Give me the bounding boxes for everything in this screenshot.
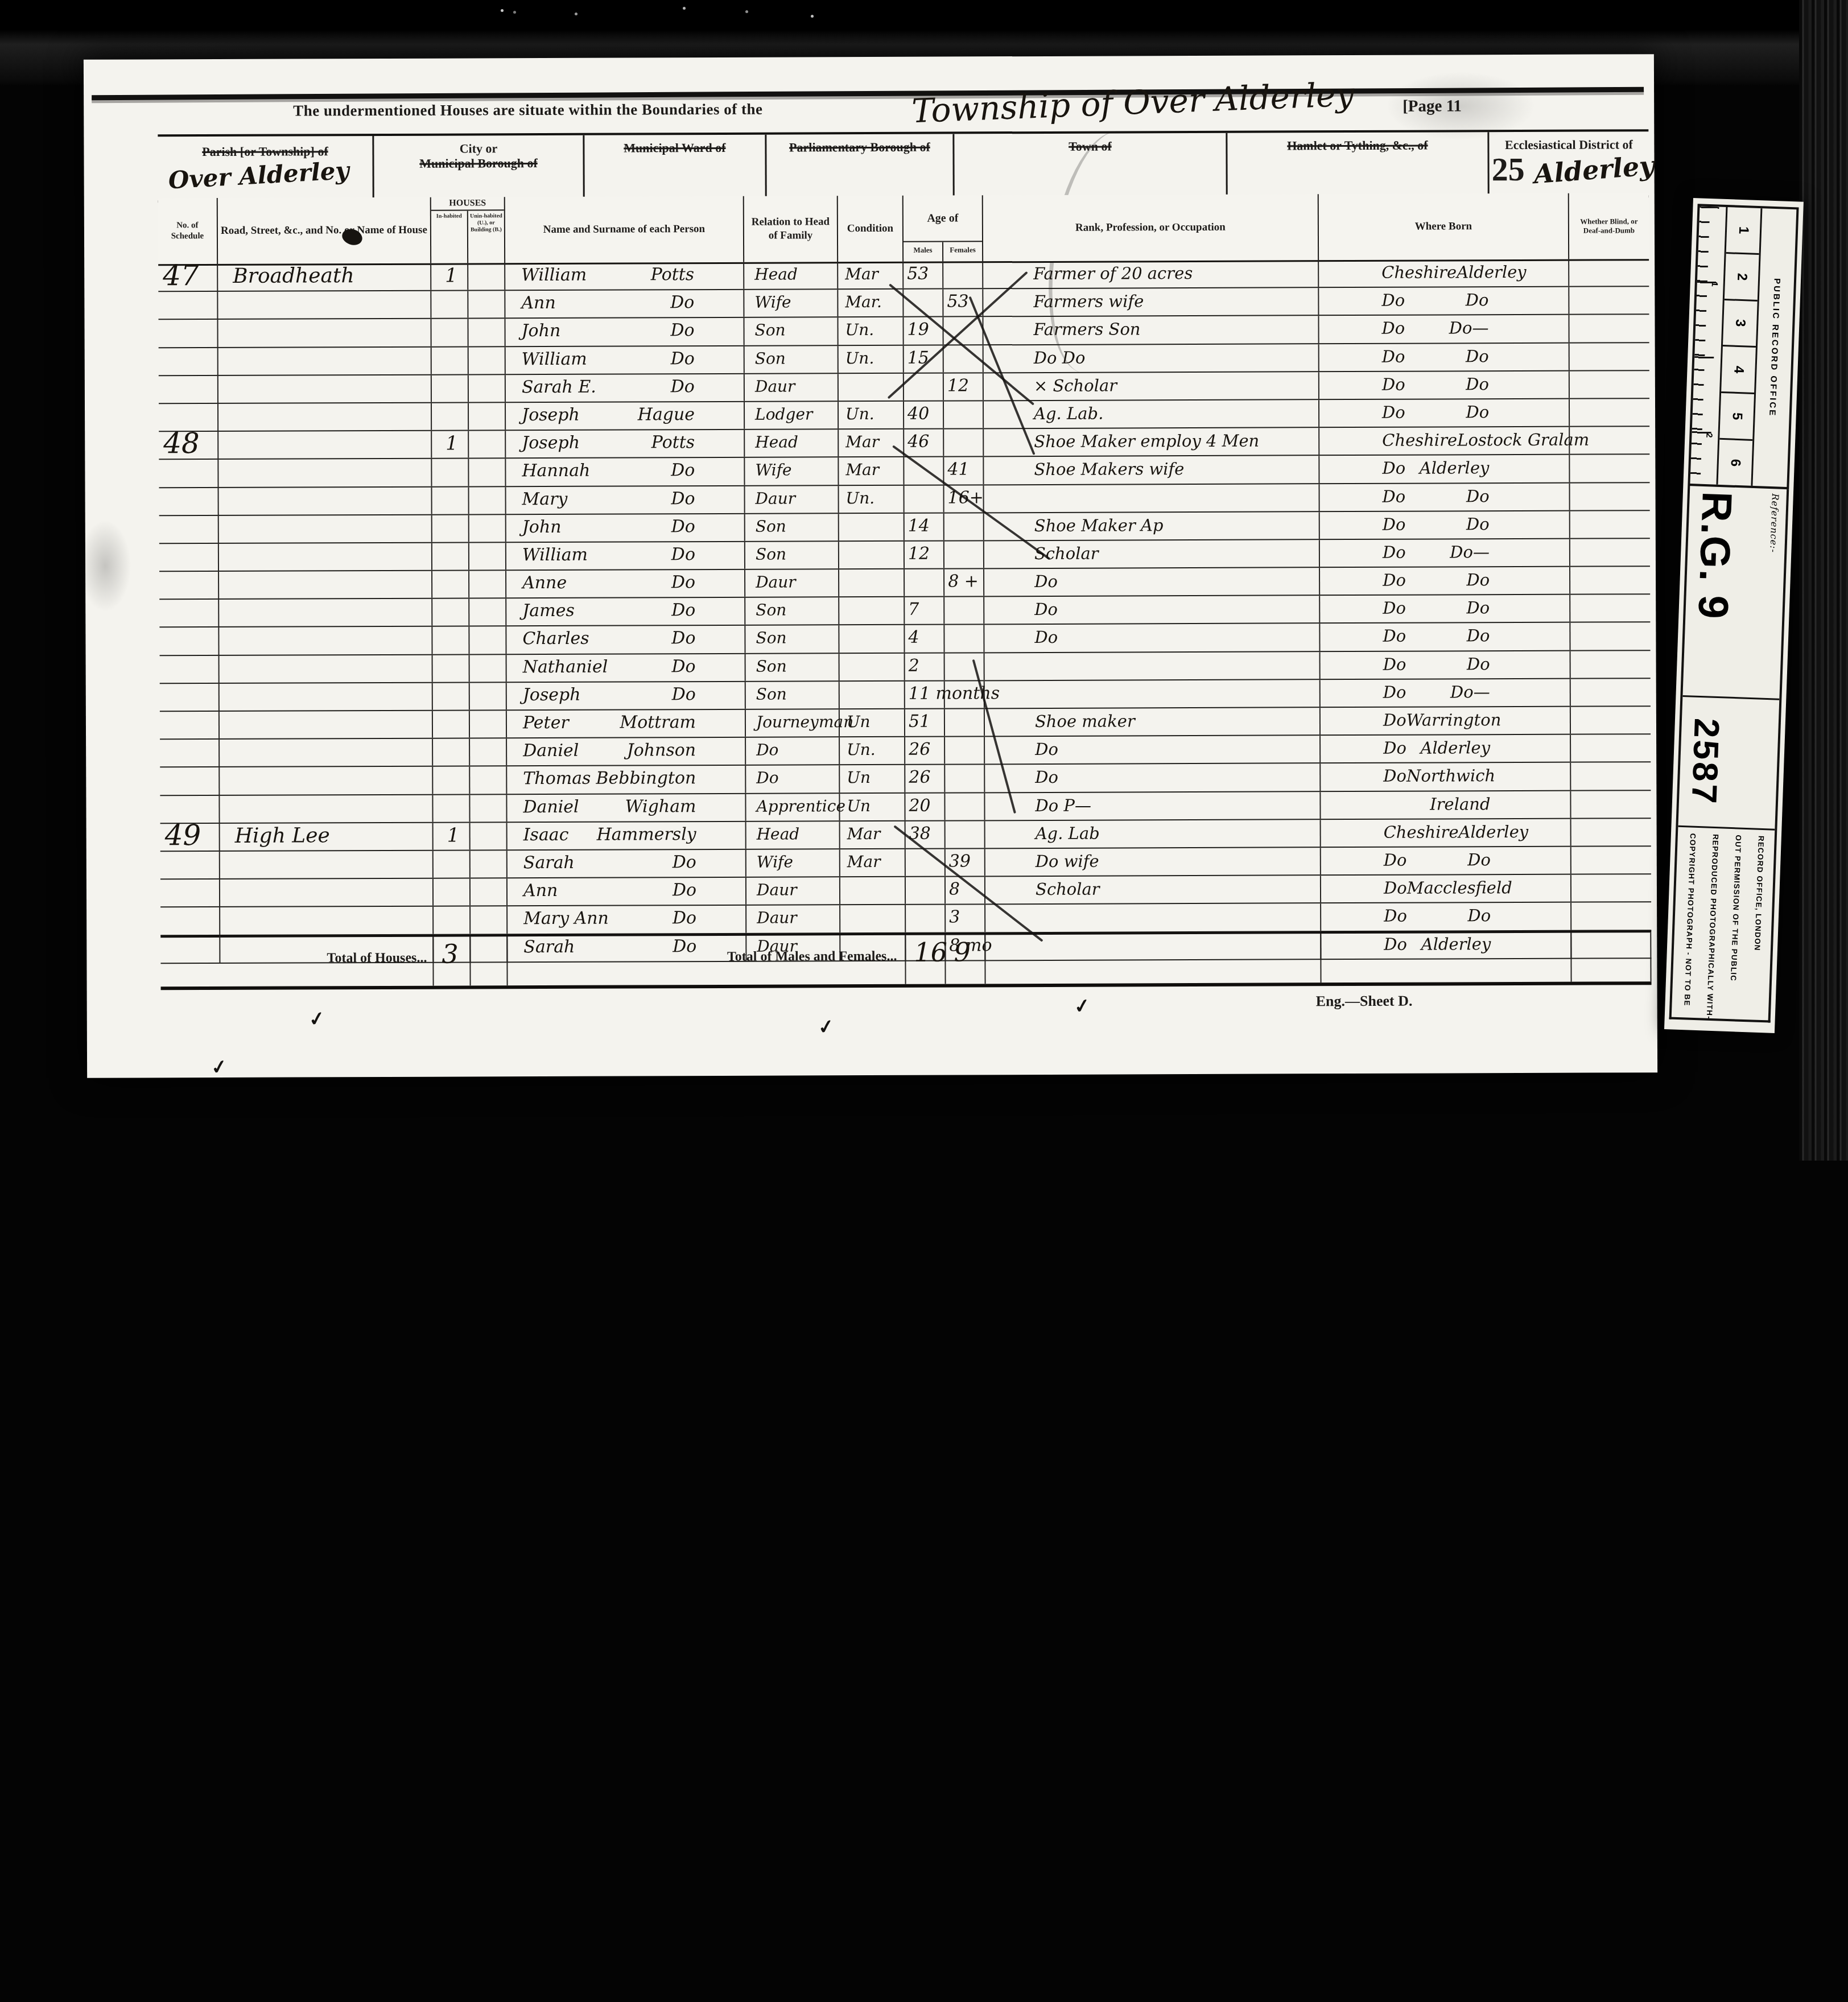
col-houses: HOUSES	[431, 197, 504, 210]
cell-road	[218, 403, 432, 431]
cell-uninhabited	[469, 459, 506, 486]
cell-occupation: Farmer of 20 acres	[983, 260, 1319, 288]
cell-occupation: Do wife	[985, 848, 1321, 876]
cell-blind-deaf	[1571, 734, 1651, 762]
cell-inhabited	[432, 375, 469, 402]
cell-where-born: DoDo	[1320, 567, 1570, 595]
cell-age-male: 53	[904, 262, 943, 288]
cell-blind-deaf	[1570, 343, 1649, 370]
cell-age-male: 15	[904, 345, 944, 372]
col-inhabited: In-habited	[431, 210, 468, 263]
cell-uninhabited	[470, 738, 507, 765]
cell-age-male: 38	[906, 821, 946, 848]
totals-row: Total of Houses... 3 Total of Males and …	[160, 930, 1651, 990]
cell-condition: Un.	[839, 402, 904, 429]
cell-road	[218, 431, 432, 459]
cell-age-male: 40	[904, 401, 944, 428]
cell-relation: Son	[746, 654, 840, 681]
census-form-paper: The undermentioned Houses are situate wi…	[84, 54, 1657, 1078]
cell-relation: Son	[746, 682, 840, 709]
cell-where-born: DoDo—	[1319, 315, 1569, 343]
pro-reference-card: 1 2 1 2 3 4 5 6 PUBLIC RECORD OFFICE R.G…	[1664, 198, 1804, 1033]
ruler-mark-2: 2	[1704, 433, 1714, 438]
cell-inhabited: 1	[432, 431, 469, 458]
cell-age-male: 7	[905, 597, 944, 624]
cell-schedule	[160, 767, 220, 795]
cell-relation: Daur	[745, 374, 839, 401]
series-cell: R.G. 9 Reference:-	[1682, 486, 1787, 700]
cell-condition	[839, 374, 904, 401]
cell-name: PeterMottram	[507, 710, 746, 738]
cell-name: NathanielDo	[507, 654, 746, 682]
cell-name: CharlesDo	[506, 626, 745, 654]
cell-name: DanielJohnson	[507, 738, 746, 766]
scanned-census-page: The undermentioned Houses are situate wi…	[0, 0, 1848, 1161]
parliamentary-label: Parliamentary Borough of	[789, 140, 930, 155]
cell-name: JosephDo	[507, 682, 746, 710]
cell-condition: Mar	[839, 430, 904, 457]
total-females-value: 9	[946, 935, 985, 984]
cell-road	[220, 683, 433, 710]
total-houses-value: 3	[434, 936, 471, 985]
cell-blind-deaf	[1571, 874, 1651, 902]
cell-age-female	[944, 597, 984, 624]
cell-relation: Son	[745, 542, 839, 569]
cell-schedule	[159, 460, 218, 487]
cell-age-male: 20	[905, 793, 945, 820]
cell-uninhabited	[468, 319, 505, 346]
cell-where-born: DoWarrington	[1321, 707, 1571, 735]
cell-name: WilliamDo	[506, 346, 745, 374]
cell-schedule	[159, 376, 218, 403]
cell-relation: Lodger	[745, 402, 839, 429]
cell-schedule	[160, 740, 220, 767]
cell-age-female	[945, 793, 985, 820]
cell-inhabited	[432, 571, 469, 598]
cell-relation: Son	[745, 514, 839, 541]
ruler-mark-1: 1	[1710, 282, 1719, 287]
cell-condition	[840, 905, 906, 932]
col-age-group: Age of Males Females	[904, 195, 983, 261]
cell-where-born: DoDo	[1320, 623, 1570, 651]
cell-occupation: Ag. Lab.	[984, 400, 1319, 428]
cell-age-female	[944, 401, 984, 428]
cell-where-born: CheshireAlderley	[1319, 259, 1569, 287]
cell-where-born: DoDo	[1319, 371, 1570, 399]
cell-road	[218, 347, 432, 374]
copyright-cell: COPYRIGHT PHOTOGRAPH - NOT TO BE REPRODU…	[1637, 827, 1775, 1161]
cell-relation: Daur	[745, 569, 839, 597]
cell-road	[218, 459, 432, 486]
parish-value: Over Alderley	[167, 156, 350, 195]
cell-uninhabited	[470, 711, 507, 737]
cell-road	[220, 711, 433, 738]
cell-condition	[839, 597, 905, 625]
cell-occupation: Do	[985, 736, 1321, 763]
cell-occupation: Ag. Lab	[985, 820, 1321, 848]
cell-relation: Wife	[746, 849, 840, 877]
cell-inhabited	[433, 767, 470, 794]
cell-inhabited: 1	[434, 823, 471, 849]
cell-age-male: 19	[904, 317, 943, 344]
cell-age-female	[944, 541, 984, 568]
cell-name: MaryDo	[506, 486, 745, 514]
cell-name: WilliamDo	[506, 542, 745, 570]
cell-inhabited	[432, 515, 469, 542]
cell-road: High Lee	[220, 823, 434, 850]
cell-uninhabited	[471, 851, 508, 877]
cell-occupation: × Scholar	[984, 372, 1319, 400]
census-entries: 47 Broadheath 1 WilliamPotts Head Mar 53…	[158, 259, 1651, 964]
cell-schedule	[158, 292, 218, 319]
cell-where-born: DoDo	[1321, 903, 1571, 931]
cell-name: SarahDo	[508, 850, 746, 878]
cell-age-male	[905, 569, 944, 596]
cell-age-female	[944, 429, 984, 456]
cell-occupation: Do P—	[985, 792, 1321, 820]
cell-where-born: DoDo	[1319, 343, 1570, 371]
cell-road	[218, 291, 431, 319]
cell-uninhabited	[471, 823, 508, 849]
cell-blind-deaf	[1571, 903, 1651, 930]
cell-uninhabited	[469, 375, 506, 402]
cell-age-male: 46	[904, 430, 944, 456]
col-born: Where Born	[1319, 193, 1569, 261]
cell-schedule	[160, 880, 220, 907]
sheet-label: Eng.—Sheet D.	[1316, 993, 1413, 1010]
cell-blind-deaf	[1569, 315, 1649, 342]
cell-road	[220, 851, 434, 878]
col-relation: Relation to Head of Family	[744, 196, 838, 262]
parish-cell: Parish [or Township] of Over Alderley	[158, 136, 374, 200]
cell-age-female: 3	[946, 905, 985, 932]
cell-uninhabited	[469, 431, 506, 457]
cell-blind-deaf	[1571, 679, 1651, 706]
cell-inhabited	[433, 739, 470, 766]
cell-where-born: DoNorthwich	[1321, 763, 1571, 791]
cell-occupation: Farmers Son	[983, 316, 1319, 344]
cell-schedule	[160, 935, 220, 963]
cell-name: DanielWigham	[507, 794, 746, 822]
check-mark: ✓	[1072, 994, 1092, 1019]
cell-name: AnnDo	[505, 290, 744, 318]
series-number: R.G. 9	[1689, 490, 1742, 621]
copyright-text: COPYRIGHT PHOTOGRAPH - NOT TO BE REPRODU…	[1641, 833, 1772, 1161]
cell-age-female: 8 +	[944, 569, 984, 596]
cell-blind-deaf	[1570, 595, 1650, 622]
cell-where-born: DoDo	[1319, 399, 1570, 427]
cell-uninhabited	[469, 598, 506, 625]
column-header-row: No. of Schedule Road, Street, &c., and N…	[158, 193, 1649, 266]
cell-schedule	[160, 852, 220, 879]
cell-age-male: 14	[905, 513, 944, 540]
cell-schedule	[159, 348, 218, 375]
cell-condition	[839, 625, 905, 653]
piece-number: 2587	[1679, 717, 1727, 807]
cell-age-female	[945, 765, 985, 792]
page-number-label: [Page 11	[1402, 97, 1462, 115]
cell-age-male	[905, 485, 944, 512]
cell-schedule	[159, 516, 219, 543]
form-heading: The undermentioned Houses are situate wi…	[293, 101, 762, 120]
cell-where-born: CheshireLostock Gralam	[1319, 427, 1570, 455]
reference-label: Reference:-	[1768, 493, 1781, 553]
location-header-row: Parish [or Township] of Over Alderley Ci…	[158, 129, 1648, 203]
cell-age-female: 12	[944, 373, 984, 400]
cell-uninhabited	[469, 487, 506, 514]
cell-name: Mary AnnDo	[508, 906, 746, 934]
cell-where-born: DoDo	[1320, 511, 1570, 539]
cell-inhabited	[432, 403, 469, 430]
cell-name: AnnDo	[508, 878, 746, 906]
cell-schedule: 48	[159, 432, 218, 459]
cell-condition: Mar	[839, 457, 904, 485]
cell-schedule	[159, 572, 219, 599]
cell-condition: Un.	[839, 485, 905, 513]
film-edge-texture	[1799, 0, 1848, 1161]
cell-road	[219, 515, 432, 542]
cell-where-born: DoMacclesfield	[1321, 875, 1571, 903]
cell-relation: Son	[745, 346, 839, 373]
cell-road	[220, 655, 433, 682]
cell-name: JosephPotts	[506, 430, 745, 458]
col-houses-group: HOUSES In-habited Unin-habited (U.), or …	[431, 197, 505, 263]
check-mark: ✓	[209, 1055, 229, 1080]
cell-occupation: Shoe Maker Ap	[984, 512, 1320, 540]
col-road: Road, Street, &c., and No. or Name of Ho…	[218, 197, 431, 264]
cell-relation: Daur	[746, 877, 840, 905]
cell-condition: Un	[840, 765, 905, 792]
cell-condition	[839, 513, 905, 540]
col-age: Age of	[904, 195, 982, 241]
col-females: Females	[943, 242, 982, 261]
cell-condition	[839, 569, 905, 597]
cell-name: IsaacHammersly	[508, 822, 746, 850]
cell-blind-deaf	[1569, 259, 1649, 286]
cell-where-born: DoDo	[1321, 651, 1571, 679]
cell-blind-deaf	[1570, 399, 1649, 426]
cell-occupation: Do	[984, 568, 1320, 596]
cell-blind-deaf	[1571, 763, 1651, 790]
cell-schedule	[160, 684, 220, 711]
cell-schedule	[159, 544, 219, 571]
cell-relation: Head	[746, 822, 840, 849]
cell-age-male: 12	[905, 541, 944, 568]
cell-condition: Un.	[840, 737, 905, 765]
cell-age-female	[943, 261, 983, 288]
cell-inhabited	[432, 599, 469, 626]
cell-road	[219, 487, 432, 514]
cell-uninhabited	[468, 291, 505, 317]
totals-empty	[1571, 932, 1651, 981]
cell-age-female	[944, 625, 984, 652]
cell-condition: Un	[840, 793, 905, 820]
cell-age-male	[906, 905, 946, 932]
cell-inhabited	[433, 655, 470, 682]
cell-schedule	[160, 656, 220, 683]
total-males-value: 16	[906, 935, 946, 984]
cell-age-male: 11 months	[905, 681, 945, 708]
cell-name: ThomasBebbington	[507, 766, 746, 794]
cell-schedule: 49	[160, 824, 220, 851]
col-schedule: No. of Schedule	[158, 198, 218, 264]
cell-blind-deaf	[1569, 287, 1649, 314]
cell-name: WilliamPotts	[505, 262, 744, 290]
hamlet-cell: Hamlet or Tything, &c., of	[1227, 132, 1489, 197]
cell-inhabited	[434, 879, 471, 906]
cell-blind-deaf	[1570, 567, 1650, 594]
cell-blind-deaf	[1571, 791, 1651, 818]
ecclesiastical-number: 25	[1491, 150, 1524, 188]
cell-inhabited	[431, 291, 468, 318]
parliamentary-cell: Parliamentary Borough of	[766, 134, 954, 198]
cell-inhabited	[432, 487, 469, 514]
ruler-cell: 5	[1719, 393, 1754, 441]
cell-relation: Journeyman	[746, 709, 840, 737]
ecclesiastical-cell: Ecclesiastical District of 25 Alderley	[1489, 131, 1648, 196]
cell-occupation	[985, 904, 1321, 932]
cell-road: Broadheath	[218, 263, 431, 291]
ruler-cell: 2	[1725, 254, 1759, 302]
cell-inhabited	[432, 459, 469, 486]
cell-uninhabited	[470, 683, 507, 709]
cell-relation: Daur	[746, 906, 840, 933]
cell-uninhabited	[471, 907, 508, 934]
ruler-cell: 6	[1718, 440, 1752, 486]
cell-blind-deaf	[1571, 651, 1651, 678]
pro-ruler: 1 2 1 2 3 4 5 6 PUBLIC RECORD OFFICE	[1688, 204, 1798, 489]
total-mf-label: Total of Males and Females...	[508, 935, 906, 985]
cell-condition: Mar	[840, 849, 906, 877]
cell-schedule	[159, 628, 219, 655]
cell-relation: Son	[745, 597, 839, 625]
dust-specks	[501, 9, 504, 12]
smudge	[80, 521, 131, 612]
cell-road	[218, 319, 431, 346]
cell-occupation: Shoe maker	[985, 708, 1321, 736]
cell-schedule	[158, 320, 218, 347]
town-cell: Town of	[954, 133, 1227, 198]
cell-uninhabited	[468, 263, 505, 290]
cell-relation: Son	[745, 626, 839, 653]
cell-name: HannahDo	[506, 458, 745, 486]
cell-relation: Apprentice	[746, 794, 840, 821]
cell-road	[220, 795, 433, 822]
cell-age-male: 26	[905, 737, 945, 764]
ruler-cell: 3	[1723, 300, 1758, 348]
cell-occupation: Do	[985, 764, 1321, 792]
cell-age-male: 26	[905, 765, 945, 792]
city-cell: City or Municipal Borough of	[374, 135, 584, 200]
cell-age-female	[946, 821, 985, 848]
city-label-line1: City or	[374, 141, 583, 156]
pro-reference-box: R.G. 9 Reference:- 2587 COPYRIGHT PHOTOG…	[1669, 486, 1789, 1023]
township-handwritten: Township of Over Alderley	[911, 75, 1355, 130]
cell-schedule	[159, 600, 219, 627]
hamlet-label: Hamlet or Tything, &c., of	[1287, 138, 1428, 153]
col-condition: Condition	[838, 196, 904, 262]
cell-inhabited	[433, 795, 470, 822]
cell-uninhabited	[471, 878, 508, 905]
cell-uninhabited	[469, 571, 506, 597]
cell-where-born: DoDo—	[1321, 679, 1571, 707]
col-blind: Whether Blind, or Deaf-and-Dumb	[1569, 193, 1649, 259]
check-mark: ✓	[307, 1007, 327, 1032]
cell-inhabited	[434, 907, 471, 934]
cell-age-male: 51	[905, 709, 945, 736]
cell-relation: Son	[744, 318, 838, 345]
cell-uninhabited	[470, 795, 507, 822]
cell-inhabited	[432, 347, 469, 374]
cell-occupation: Shoe Makers wife	[984, 456, 1319, 484]
cell-name: Sarah E.Do	[506, 374, 745, 402]
cell-name: JohnDo	[505, 318, 744, 346]
cell-inhabited	[434, 851, 471, 877]
cell-occupation: Scholar	[985, 876, 1321, 903]
cell-relation: Head	[744, 262, 838, 289]
ruler-cell: 4	[1721, 346, 1756, 394]
cell-relation: Wife	[745, 458, 839, 485]
cell-condition	[840, 653, 905, 680]
cell-age-male: 2	[905, 653, 945, 680]
cell-occupation: Farmers wife	[983, 288, 1319, 316]
cell-blind-deaf	[1570, 539, 1650, 566]
cell-relation: Head	[745, 430, 839, 457]
cell-condition: Mar	[838, 262, 904, 289]
cell-schedule: 47	[158, 264, 218, 291]
cell-age-male	[906, 877, 946, 904]
cell-occupation: Do	[984, 624, 1320, 652]
cell-uninhabited	[469, 543, 506, 569]
cell-uninhabited	[470, 767, 507, 794]
col-males: Males	[904, 242, 943, 262]
town-label: Town of	[1069, 139, 1112, 154]
cell-relation: Wife	[744, 290, 838, 317]
col-name: Name and Surname of each Person	[505, 196, 744, 263]
cell-schedule	[160, 712, 220, 739]
ruler-cell: 1	[1726, 207, 1761, 255]
cell-road	[219, 627, 432, 654]
cell-condition: Un.	[839, 345, 904, 373]
cell-name: JosephHague	[506, 402, 745, 430]
cell-road	[219, 543, 432, 571]
cell-occupation: Do Do	[984, 344, 1319, 372]
cell-where-born: DoDo	[1319, 287, 1569, 315]
cell-name: JamesDo	[506, 598, 745, 626]
cell-where-born: Ireland	[1321, 791, 1571, 819]
cell-condition: Mar.	[838, 290, 904, 317]
cell-where-born: CheshireAlderley	[1321, 819, 1571, 847]
cell-inhabited: 1	[431, 263, 468, 290]
cell-blind-deaf	[1570, 455, 1649, 482]
totals-empty	[985, 934, 1321, 984]
cell-schedule	[160, 907, 220, 935]
cell-inhabited	[432, 627, 469, 654]
cell-where-born: DoDo	[1320, 483, 1570, 511]
cell-occupation	[984, 484, 1320, 512]
cell-blind-deaf	[1571, 707, 1651, 734]
cell-inhabited	[433, 711, 470, 737]
cell-relation: Do	[746, 737, 840, 765]
cell-age-female: 41	[944, 457, 984, 484]
cell-name: JohnDo	[506, 514, 745, 542]
cell-occupation: Do	[984, 596, 1320, 624]
cell-road	[219, 571, 432, 598]
cell-uninhabited	[470, 655, 507, 682]
col-rank: Rank, Profession, or Occupation	[983, 194, 1319, 261]
ecclesiastical-value: Alderley	[1533, 150, 1656, 189]
check-mark: ✓	[816, 1014, 836, 1039]
